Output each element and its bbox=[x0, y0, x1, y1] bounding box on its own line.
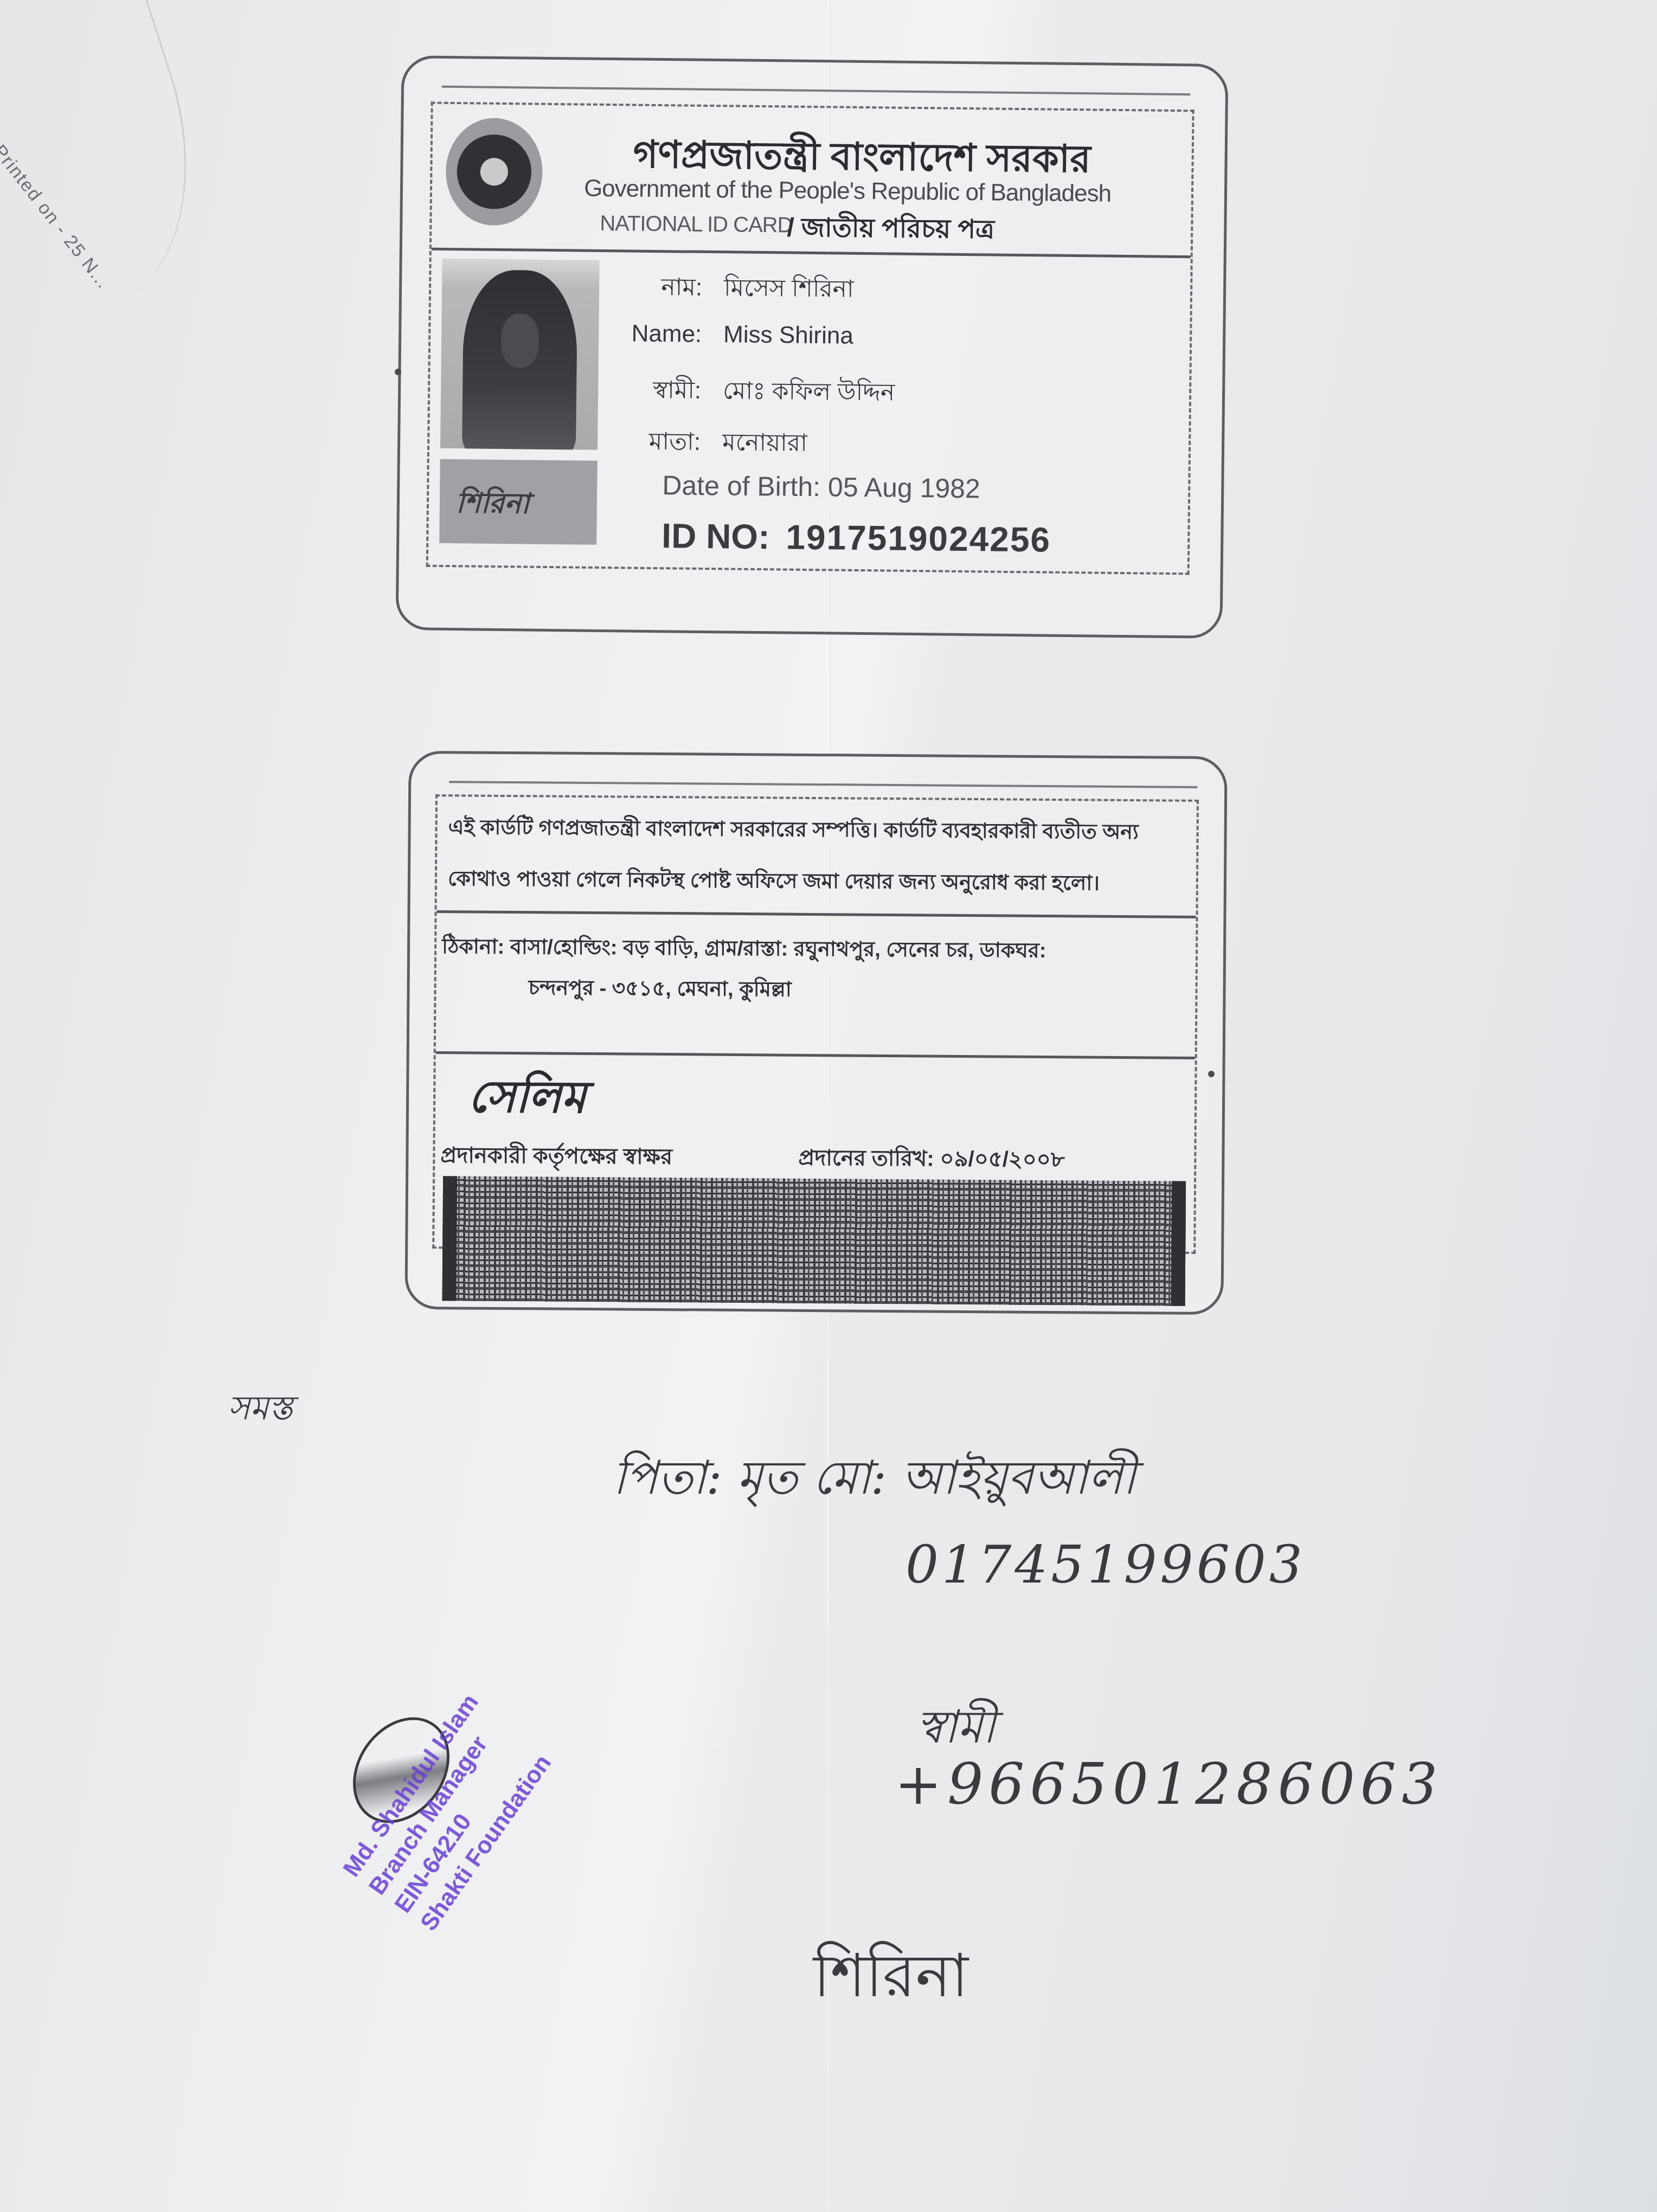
photo-face bbox=[501, 313, 540, 368]
holder-signature: শিরিনা bbox=[455, 481, 529, 529]
nid-front-card: গণপ্রজাতন্ত্রী বাংলাদেশ সরকার Government… bbox=[395, 55, 1228, 639]
nid-front-frame: গণপ্রজাতন্ত্রী বাংলাদেশ সরকার Government… bbox=[426, 102, 1194, 575]
handwritten-phone-2: +966501286063 bbox=[895, 1751, 1443, 1817]
label: নাম: bbox=[610, 268, 703, 309]
section-rule bbox=[436, 1051, 1195, 1059]
holder-signature-box: শিরিনা bbox=[439, 459, 598, 545]
card-top-rule bbox=[449, 781, 1197, 788]
id-value: 1917519024256 bbox=[786, 518, 1051, 560]
handwritten-initial: সমস্ত bbox=[228, 1382, 293, 1438]
id-label: ID NO: bbox=[661, 516, 770, 556]
value: Miss Shirina bbox=[723, 321, 853, 349]
date-of-birth: Date of Birth: 05 Aug 1982 bbox=[662, 470, 980, 504]
nid-back-frame: এই কার্ডটি গণপ্রজাতন্ত্রী বাংলাদেশ সরকার… bbox=[432, 794, 1199, 1254]
issue-date-value: ০৯/০৫/২০০৮ bbox=[940, 1147, 1065, 1172]
handwritten-father-name: পিতা: মৃত মো: আইয়ুবআলী bbox=[613, 1442, 1136, 1520]
handwritten-phone-1: 01745199603 bbox=[905, 1534, 1306, 1595]
label: Name: bbox=[609, 320, 702, 348]
issue-date: প্রদানের তারিখ: ০৯/০৫/২০০৮ bbox=[798, 1141, 1065, 1179]
card-type-bangla: / জাতীয় পরিচয় পত্র bbox=[787, 208, 995, 253]
address-line-1: ঠিকানা: বাসা/হোল্ডিং: বড় বাড়ি, গ্রাম/র… bbox=[442, 935, 1046, 962]
field-mother: মাতা:মনোয়ারা bbox=[608, 423, 808, 465]
card-top-rule bbox=[442, 86, 1190, 95]
field-name-bangla: নাম:মিসেস শিরিনা bbox=[610, 268, 854, 311]
value: মনোয়ারা bbox=[722, 429, 807, 456]
nid-back-card: এই কার্ডটি গণপ্রজাতন্ত্রী বাংলাদেশ সরকার… bbox=[404, 751, 1227, 1315]
field-name-english: Name:Miss Shirina bbox=[609, 320, 853, 350]
dob-value: 05 Aug 1982 bbox=[828, 472, 980, 504]
issue-row: প্রদানকারী কর্তৃপক্ষের স্বাক্ষর প্রদানের… bbox=[440, 1138, 1183, 1180]
id-number: ID NO:1917519024256 bbox=[661, 516, 1051, 560]
underlying-page-edge bbox=[0, 0, 233, 327]
authority-label: প্রদানকারী কর্তৃপক্ষের স্বাক্ষর bbox=[440, 1143, 672, 1169]
label: স্বামী: bbox=[609, 371, 702, 412]
value: মোঃ কফিল উদ্দিন bbox=[723, 377, 895, 406]
nid-header: গণপ্রজাতন্ত্রী বাংলাদেশ সরকার Government… bbox=[432, 104, 1192, 259]
pdf417-barcode-icon bbox=[442, 1176, 1186, 1306]
print-dot bbox=[1208, 1071, 1215, 1077]
value: মিসেস শিরিনা bbox=[724, 274, 854, 303]
address: ঠিকানা: বাসা/হোল্ডিং: বড় বাড়ি, গ্রাম/র… bbox=[441, 927, 1185, 1013]
card-type-english: NATIONAL ID CARD bbox=[600, 211, 793, 238]
holder-photo bbox=[440, 259, 600, 450]
header-english: Government of the People's Republic of B… bbox=[584, 175, 1112, 208]
field-husband: স্বামী:মোঃ কফিল উদ্দিন bbox=[609, 371, 895, 414]
authority-signature: সেলিম bbox=[468, 1063, 586, 1138]
print-dot bbox=[395, 369, 401, 375]
address-line-2: চন্দনপুর - ৩৫১৫, মেঘনা, কুমিল্লা bbox=[441, 967, 1184, 1013]
dob-label: Date of Birth: bbox=[662, 470, 820, 502]
label: মাতা: bbox=[608, 423, 701, 464]
handwritten-signature: শিরিনা bbox=[813, 1930, 968, 2030]
issue-date-label: প্রদানের তারিখ: bbox=[798, 1146, 934, 1171]
ownership-notice: এই কার্ডটি গণপ্রজাতন্ত্রী বাংলাদেশ সরকার… bbox=[437, 796, 1197, 918]
government-emblem-icon bbox=[445, 118, 543, 226]
